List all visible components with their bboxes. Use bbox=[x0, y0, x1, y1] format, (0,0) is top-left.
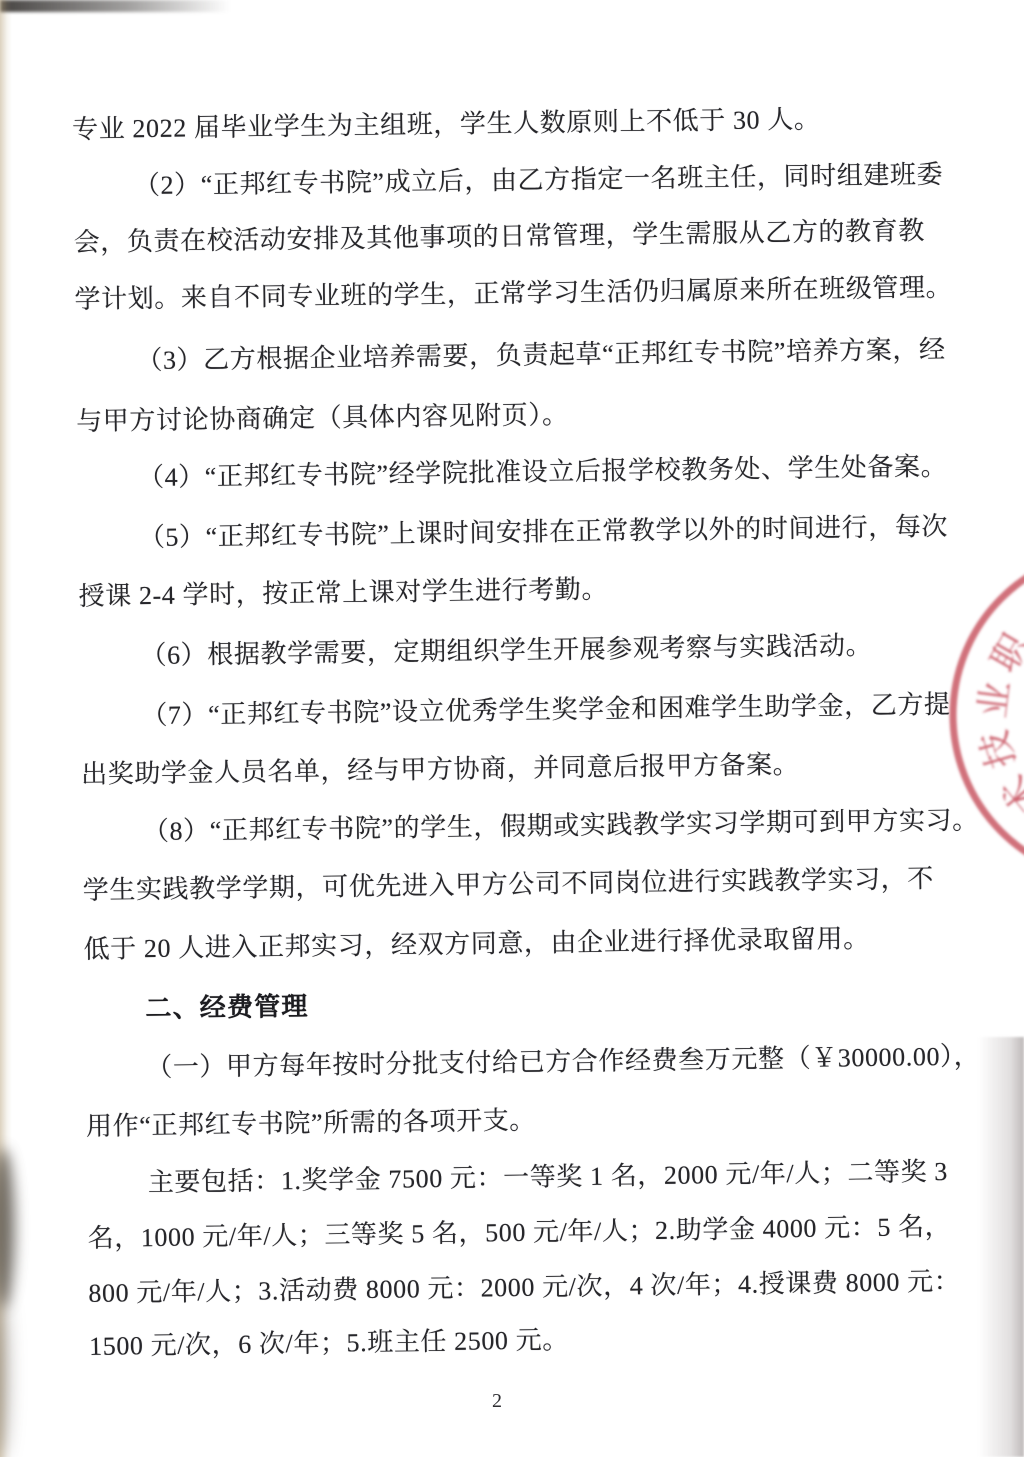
document-line: 低于 20 人进入正邦实习，经双方同意，由企业进行择优录取留用。 bbox=[83, 922, 870, 967]
section-heading: 二、经费管理 bbox=[145, 990, 309, 1026]
document-line: 授课 2-4 学时，按正常上课对学生进行考勤。 bbox=[78, 573, 608, 614]
page-number: 2 bbox=[492, 1390, 503, 1413]
document-line: （5）“正邦红专书院”上课时间安排在正常教学以外的时间进行，每次 bbox=[139, 510, 949, 555]
document-line: 1500 元/次，6 次/年；5.班主任 2500 元。 bbox=[89, 1323, 569, 1364]
document-line: 学计划。来自不同专业班的学生，正常学习生活仍归属原来所在班级管理。 bbox=[74, 271, 952, 317]
document-line: 会，负责在校活动安排及其他事项的日常管理，学生需服从乙方的教育教 bbox=[73, 214, 925, 260]
document-line: （6）根据教学需要，定期组织学生开展参观考察与实践活动。 bbox=[140, 629, 872, 673]
document-line: （3）乙方根据企业培养需要，负责起草“正邦红专书院”培养方案，经 bbox=[136, 333, 946, 378]
document-line: 学生实践教学学期，可优先进入甲方公司不同岗位进行实践教学实习，不 bbox=[83, 862, 935, 908]
document-line: （一）甲方每年按时分批支付给已方合作经费叁万元整（￥30000.00）， bbox=[146, 1039, 981, 1085]
document-line: 专业 2022 届毕业学生为主组班，学生人数原则上不低于 30 人。 bbox=[72, 103, 821, 147]
document-lines: 专业 2022 届毕业学生为主组班，学生人数原则上不低于 30 人。（2）“正邦… bbox=[0, 0, 1024, 1457]
document-line: 出奖助学金人员名单，经与甲方协商，并同意后报甲方备案。 bbox=[81, 748, 800, 792]
document-line: （8）“正邦红专书院”的学生，假期或实践教学实习学期可到甲方实习。 bbox=[143, 803, 979, 849]
document-line: （4）“正邦红专书院”经学院批准设立后报学校教务处、学生处备案。 bbox=[138, 450, 948, 495]
document-line: 800 元/年/人；3.活动费 8000 元：2000 元/次，4 次/年；4.… bbox=[88, 1265, 960, 1311]
document-line: 主要包括：1.奖学金 7500 元：一等奖 1 名，2000 元/年/人；二等奖… bbox=[148, 1155, 949, 1200]
scan-left-smudge bbox=[0, 1148, 15, 1308]
document-line: （7）“正邦红专书院”设立优秀学生奖学金和困难学生助学金，乙方提 bbox=[141, 688, 951, 733]
document-line: 名，1000 元/年/人；三等奖 5 名，500 元/年/人；2.助学金 400… bbox=[87, 1210, 951, 1256]
document-line: 与甲方讨论协商确定（具体内容见附页）。 bbox=[76, 398, 569, 439]
document-line: （2）“正邦红专书院”成立后，由乙方指定一名班主任，同时组建班委 bbox=[134, 158, 944, 203]
document-line: 用作“正邦红专书院”所需的各项开支。 bbox=[86, 1104, 536, 1144]
scanned-document-page: 职 业 技 术 学 院 专业 2022 届毕业学生为主组班，学生人数原则上不低于… bbox=[0, 0, 1024, 1457]
